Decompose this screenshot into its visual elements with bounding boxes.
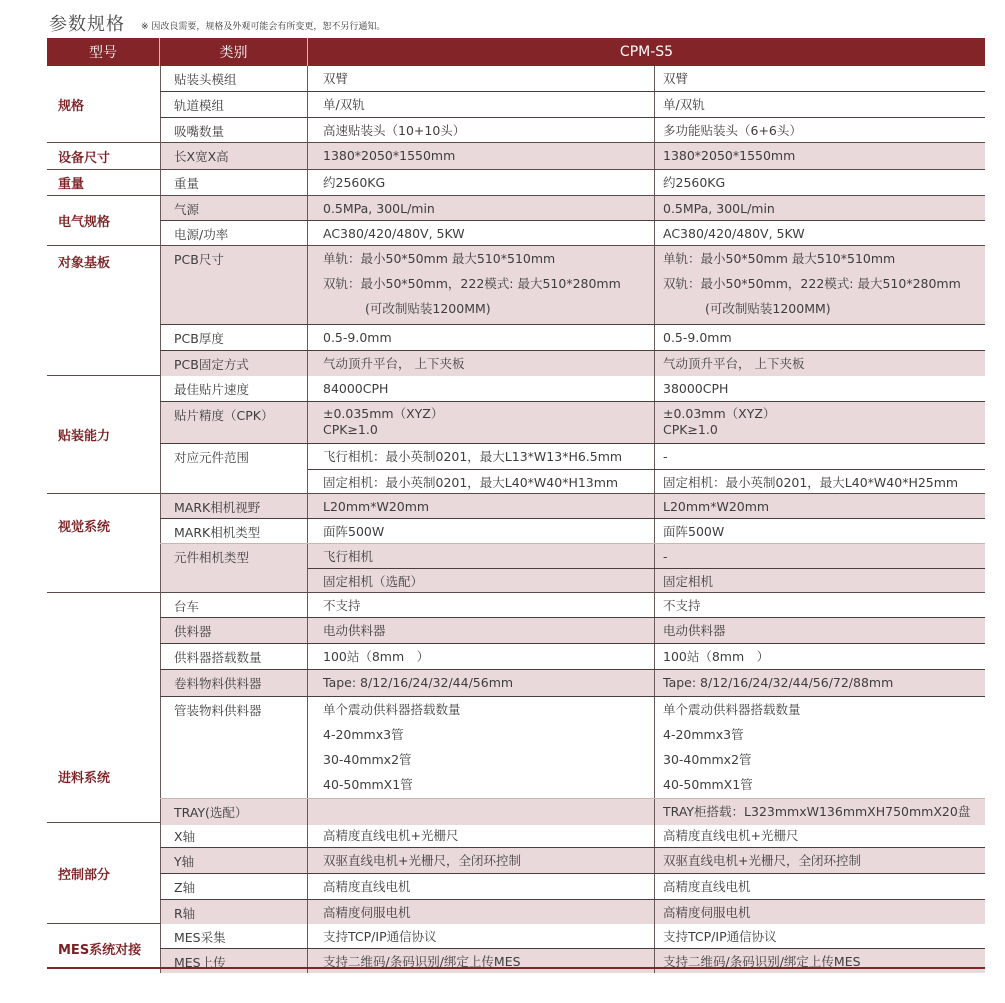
row-category: 最佳贴片速度 [160,376,308,401]
value-b: 不支持 [655,593,985,617]
value-line: 单个震动供料器搭载数量 [663,701,985,726]
row-category: 轨道模组 [160,92,308,117]
value-line: 单轨：最小50*50mm 最大510*510mm [323,250,654,275]
value-b: 双驱直线电机+光栅尺，全闭环控制 [655,848,985,873]
table-row: R轴 高精度伺服电机 高精度伺服电机 [160,900,985,924]
value-a: 高精度伺服电机 [308,900,655,924]
value-b: 约2560KG [655,170,985,195]
table-header: 型号 类别 CPM-S5 [47,38,985,66]
page-title: 参数规格 [49,10,125,36]
value-b: 单/双轨 [655,92,985,117]
row-category: 台车 [160,593,308,617]
value-b: 100站（8mm ） [655,644,985,669]
value-a: 双驱直线电机+光栅尺，全闭环控制 [308,848,655,873]
row-category: 吸嘴数量 [160,118,308,143]
group-spec: 规格 贴装头模组 双臂 双臂 轨道模组 单/双轨 单/双轨 吸嘴数量 高速贴装头… [47,66,985,143]
table-row: PCB厚度 0.5-9.0mm 0.5-9.0mm [160,325,985,351]
value-a: 面阵500W [308,519,655,543]
row-category: 对应元件范围 [160,444,308,494]
group-label: 重量 [47,170,160,195]
row-category: 重量 [160,170,308,195]
group-label: 视觉系统 [47,494,160,592]
table-row: 轨道模组 单/双轨 单/双轨 [160,92,985,118]
value-line: CPK≥1.0 [663,422,985,438]
value-b: 0.5MPa, 300L/min [655,196,985,220]
table-row: X轴 高精度直线电机+光栅尺 高精度直线电机+光栅尺 [160,823,985,848]
table-row: 贴装头模组 双臂 双臂 [160,66,985,92]
group-label: MES系统对接 [47,924,160,972]
value-b: 支持TCP/IP通信协议 [655,924,985,948]
value-a: ±0.035mm（XYZ） CPK≥1.0 [308,402,655,443]
value-a: 1380*2050*1550mm [308,143,655,169]
table-row: Y轴 双驱直线电机+光栅尺，全闭环控制 双驱直线电机+光栅尺，全闭环控制 [160,848,985,874]
group-label: 进料系统 [47,593,160,822]
value-b: 高精度伺服电机 [655,900,985,924]
value-line: 30-40mmx2管 [323,751,654,776]
table-row: 元件相机类型 飞行相机 - 固定相机（选配） 固定相机 [160,544,985,592]
table-row: Z轴 高精度直线电机 高精度直线电机 [160,874,985,900]
value-b: 电动供料器 [655,618,985,643]
value-line: (可改制贴装1200MM) [323,300,654,325]
row-category: 卷料物料供料器 [160,670,308,696]
row-category: 元件相机类型 [160,544,308,592]
group-label: 电气规格 [47,196,160,245]
row-category: Z轴 [160,874,308,899]
value-line: (可改制贴装1200MM) [663,300,985,325]
value-b: TRAY柜搭载：L323mmxW136mmXH750mmX20盘 [655,799,985,825]
value-b: 多功能贴装头（6+6头） [655,118,985,143]
value-a: 0.5-9.0mm [308,325,655,350]
row-category: Y轴 [160,848,308,873]
value-a: 高精度直线电机 [308,874,655,899]
table-row: 供料器 电动供料器 电动供料器 [160,618,985,644]
group-label: 贴装能力 [47,376,160,493]
table-row: 台车 不支持 不支持 [160,593,985,618]
row-category: X轴 [160,823,308,847]
value-a: Tape: 8/12/16/24/32/44/56mm [308,670,655,696]
value-b: - [655,444,985,469]
value-a: 单轨：最小50*50mm 最大510*510mm 双轨：最小50*50mm，22… [308,246,655,324]
group-control: 控制部分 X轴 高精度直线电机+光栅尺 高精度直线电机+光栅尺 Y轴 双驱直线电… [47,823,985,924]
value-a: 不支持 [308,593,655,617]
value-b: Tape: 8/12/16/24/32/44/56/72/88mm [655,670,985,696]
table-row: 最佳贴片速度 84000CPH 38000CPH [160,376,985,402]
table-row: 贴片精度（CPK） ±0.035mm（XYZ） CPK≥1.0 ±0.03mm（… [160,402,985,444]
table-row: 重量 约2560KG 约2560KG [160,170,985,195]
table-row: MES采集 支持TCP/IP通信协议 支持TCP/IP通信协议 [160,924,985,949]
value-a: 0.5MPa, 300L/min [308,196,655,220]
row-category: 贴片精度（CPK） [160,402,308,443]
value-b: ±0.03mm（XYZ） CPK≥1.0 [655,402,985,443]
value-a: 支持TCP/IP通信协议 [308,924,655,948]
value-line: ±0.03mm（XYZ） [663,406,985,422]
table-row: 长X宽X高 1380*2050*1550mm 1380*2050*1550mm [160,143,985,169]
notice-text: ※ 因改良需要，规格及外观可能会有所变更，恕不另行通知。 [141,19,385,32]
row-category: MES采集 [160,924,308,948]
table-row: 供料器搭载数量 100站（8mm ） 100站（8mm ） [160,644,985,670]
value-a: 固定相机：最小英制0201，最大L40*W40*H13mm [308,470,655,495]
group-mes: MES系统对接 MES采集 支持TCP/IP通信协议 支持TCP/IP通信协议 … [47,924,985,972]
row-category: PCB固定方式 [160,351,308,376]
value-b: AC380/420/480V, 5KW [655,221,985,245]
row-category: 电源/功率 [160,221,308,245]
group-label: 规格 [47,66,160,142]
value-line: 4-20mmx3管 [323,726,654,751]
value-line: 40-50mmX1管 [663,776,985,801]
row-category: 供料器 [160,618,308,643]
header-model: 型号 [47,38,160,66]
value-line: 单个震动供料器搭载数量 [323,701,654,726]
value-line: CPK≥1.0 [323,422,654,438]
table-row: 卷料物料供料器 Tape: 8/12/16/24/32/44/56mm Tape… [160,670,985,697]
row-category: PCB厚度 [160,325,308,350]
value-line: 4-20mmx3管 [663,726,985,751]
value-b: L20mm*W20mm [655,494,985,518]
row-category: MARK相机视野 [160,494,308,518]
value-b: - [655,544,985,568]
table-row: 管装物料供料器 单个震动供料器搭载数量 4-20mmx3管 30-40mmx2管… [160,697,985,799]
value-b: 单个震动供料器搭载数量 4-20mmx3管 30-40mmx2管 40-50mm… [655,697,985,798]
table-row: 对应元件范围 飞行相机：最小英制0201，最大L13*W13*H6.5mm - … [160,444,985,494]
value-a: 单个震动供料器搭载数量 4-20mmx3管 30-40mmx2管 40-50mm… [308,697,655,798]
value-a: 100站（8mm ） [308,644,655,669]
value-a: 单/双轨 [308,92,655,117]
value-line: 40-50mmX1管 [323,776,654,801]
value-line: 30-40mmx2管 [663,751,985,776]
group-feeding: 进料系统 台车 不支持 不支持 供料器 电动供料器 电动供料器 供料器搭载数量 … [47,593,985,823]
value-b: 0.5-9.0mm [655,325,985,350]
table-row: MARK相机视野 L20mm*W20mm L20mm*W20mm [160,494,985,519]
row-category: PCB尺寸 [160,246,308,324]
value-line: 单轨：最小50*50mm 最大510*510mm [663,250,985,275]
value-b: 高精度直线电机+光栅尺 [655,823,985,847]
row-category: MES上传 [160,949,308,973]
group-vision: 视觉系统 MARK相机视野 L20mm*W20mm L20mm*W20mm MA… [47,494,985,593]
table-row: MARK相机类型 面阵500W 面阵500W [160,519,985,544]
table-row: 吸嘴数量 高速贴装头（10+10头） 多功能贴装头（6+6头） [160,118,985,143]
value-a: 约2560KG [308,170,655,195]
header-category: 类别 [160,38,308,66]
value-a: 飞行相机：最小英制0201，最大L13*W13*H6.5mm [308,444,655,469]
value-a: AC380/420/480V, 5KW [308,221,655,245]
row-category: TRAY(选配） [160,799,308,825]
row-category: MARK相机类型 [160,519,308,543]
group-substrate: 对象基板 PCB尺寸 单轨：最小50*50mm 最大510*510mm 双轨：最… [47,246,985,376]
value-line: ±0.035mm（XYZ） [323,406,654,422]
row-category: R轴 [160,900,308,924]
value-line: 双轨：最小50*50mm，222模式: 最大510*280mm [663,275,985,300]
value-b: 面阵500W [655,519,985,543]
group-label: 设备尺寸 [47,143,160,169]
value-line: 双轨：最小50*50mm，222模式: 最大510*280mm [323,275,654,300]
value-a: 高精度直线电机+光栅尺 [308,823,655,847]
group-placement: 贴装能力 最佳贴片速度 84000CPH 38000CPH 贴片精度（CPK） … [47,376,985,494]
group-electrical: 电气规格 气源 0.5MPa, 300L/min 0.5MPa, 300L/mi… [47,196,985,246]
group-weight: 重量 重量 约2560KG 约2560KG [47,170,985,196]
value-a: 电动供料器 [308,618,655,643]
row-category: 供料器搭载数量 [160,644,308,669]
table-row: TRAY(选配） TRAY柜搭载：L323mmxW136mmXH750mmX20… [160,799,985,825]
value-a: 高速贴装头（10+10头） [308,118,655,143]
group-label: 对象基板 [47,246,160,375]
header-product: CPM-S5 [308,38,985,66]
row-category: 气源 [160,196,308,220]
value-a: 飞行相机 [308,544,655,568]
row-category: 贴装头模组 [160,66,308,91]
group-label: 控制部分 [47,823,160,923]
value-b: 固定相机：最小英制0201，最大L40*W40*H25mm [655,470,985,495]
value-b: 高精度直线电机 [655,874,985,899]
value-a: 气动顶升平台， 上下夹板 [308,351,655,376]
value-b: 1380*2050*1550mm [655,143,985,169]
table-row: PCB尺寸 单轨：最小50*50mm 最大510*510mm 双轨：最小50*5… [160,246,985,325]
bottom-divider [47,967,985,969]
group-dimensions: 设备尺寸 长X宽X高 1380*2050*1550mm 1380*2050*15… [47,143,985,170]
value-a: L20mm*W20mm [308,494,655,518]
value-a: 双臂 [308,66,655,91]
table-row: 电源/功率 AC380/420/480V, 5KW AC380/420/480V… [160,221,985,245]
value-a: 固定相机（选配） [308,569,655,593]
row-category: 长X宽X高 [160,143,308,169]
value-b: 38000CPH [655,376,985,401]
table-row: PCB固定方式 气动顶升平台， 上下夹板 气动顶升平台， 上下夹板 [160,351,985,376]
spec-table: 型号 类别 CPM-S5 规格 贴装头模组 双臂 双臂 轨道模组 单/双轨 单/… [47,38,985,972]
value-a: 84000CPH [308,376,655,401]
row-category: 管装物料供料器 [160,697,308,798]
title-row: 参数规格 ※ 因改良需要，规格及外观可能会有所变更，恕不另行通知。 [49,8,385,36]
value-b: 固定相机 [655,569,985,593]
value-a: 支持二维码/条码识别/绑定上传MES [308,949,655,973]
table-row: 气源 0.5MPa, 300L/min 0.5MPa, 300L/min [160,196,985,221]
value-a [308,799,655,825]
value-b: 双臂 [655,66,985,91]
value-b: 单轨：最小50*50mm 最大510*510mm 双轨：最小50*50mm，22… [655,246,985,324]
value-b: 气动顶升平台， 上下夹板 [655,351,985,376]
table-row: MES上传 支持二维码/条码识别/绑定上传MES 支持二维码/条码识别/绑定上传… [160,949,985,973]
value-b: 支持二维码/条码识别/绑定上传MES [655,949,985,973]
